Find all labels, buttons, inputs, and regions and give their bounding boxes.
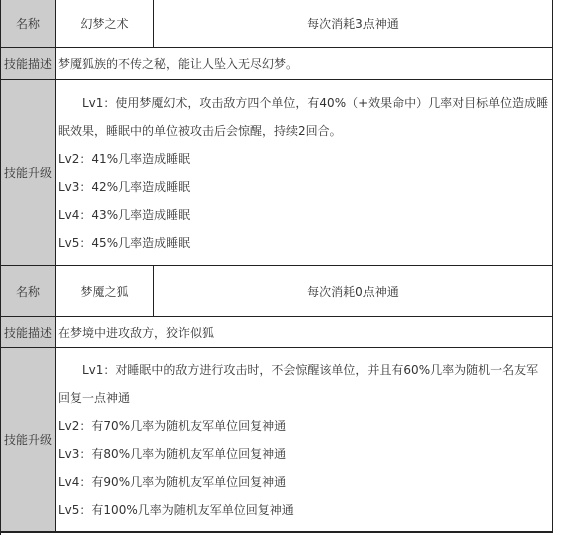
skill-upgrade-list: Lv1：使用梦魇幻术，攻击敌方四个单位，有40%（+效果命中）几率对目标单位造成…	[56, 80, 553, 266]
level-item: Lv2：有70%几率为随机友军单位回复神通	[58, 412, 550, 440]
skill-table: 名称 幻梦之术 每次消耗3点神通 技能描述 梦魇狐族的不传之秘，能让人坠入无尽幻…	[0, 0, 553, 532]
skill-cost: 每次消耗0点神通	[154, 266, 553, 317]
skill-name: 幻梦之术	[56, 0, 154, 48]
skill-upgrade-list: Lv1：对睡眠中的敌方进行攻击时，不会惊醒该单位，并且有60%几率为随机一名友军…	[56, 348, 553, 532]
name-label: 名称	[1, 0, 56, 48]
desc-label: 技能描述	[1, 317, 56, 348]
level-item: Lv5：有100%几率为随机友军单位回复神通	[58, 496, 550, 524]
skill-2-desc-row: 技能描述 在梦境中进攻敌方，狡诈似狐	[1, 317, 553, 348]
upgrade-label: 技能升级	[1, 80, 56, 266]
upgrade-label: 技能升级	[1, 348, 56, 532]
level-item: Lv1：使用梦魇幻术，攻击敌方四个单位，有40%（+效果命中）几率对目标单位造成…	[58, 89, 550, 145]
skill-1-upgrade-row: 技能升级 Lv1：使用梦魇幻术，攻击敌方四个单位，有40%（+效果命中）几率对目…	[1, 80, 553, 266]
level-item: Lv1：对睡眠中的敌方进行攻击时，不会惊醒该单位，并且有60%几率为随机一名友军…	[58, 356, 550, 412]
level-item: Lv5：45%几率造成睡眠	[58, 229, 550, 257]
level-item: Lv3：有80%几率为随机友军单位回复神通	[58, 440, 550, 468]
skill-desc: 梦魇狐族的不传之秘，能让人坠入无尽幻梦。	[56, 48, 553, 80]
level-item: Lv4：43%几率造成睡眠	[58, 201, 550, 229]
name-label: 名称	[1, 266, 56, 317]
level-item: Lv3：42%几率造成睡眠	[58, 173, 550, 201]
skill-2-upgrade-row: 技能升级 Lv1：对睡眠中的敌方进行攻击时，不会惊醒该单位，并且有60%几率为随…	[1, 348, 553, 532]
skill-desc: 在梦境中进攻敌方，狡诈似狐	[56, 317, 553, 348]
skill-1-name-row: 名称 幻梦之术 每次消耗3点神通	[1, 0, 553, 48]
level-item: Lv2：41%几率造成睡眠	[58, 145, 550, 173]
skill-1-desc-row: 技能描述 梦魇狐族的不传之秘，能让人坠入无尽幻梦。	[1, 48, 553, 80]
desc-label: 技能描述	[1, 48, 56, 80]
next-row-edge	[0, 531, 553, 535]
skill-cost: 每次消耗3点神通	[154, 0, 553, 48]
skill-name: 梦魇之狐	[56, 266, 154, 317]
skill-2-name-row: 名称 梦魇之狐 每次消耗0点神通	[1, 266, 553, 317]
level-item: Lv4：有90%几率为随机友军单位回复神通	[58, 468, 550, 496]
